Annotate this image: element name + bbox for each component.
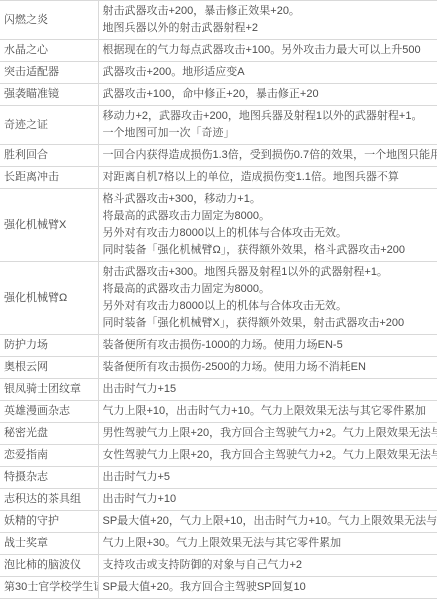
part-name: 突击适配器 bbox=[4, 64, 94, 81]
part-effect-cell: 射击武器攻击+300。地图兵器及射程1以外的武器射程+1。将最高的武器攻击力固定… bbox=[98, 262, 437, 335]
part-effect-cell: 出击时气力+5 bbox=[98, 467, 437, 489]
part-name: 特摄杂志 bbox=[4, 469, 94, 486]
effect-line: 格斗武器攻击+300，移动力+1。 bbox=[103, 191, 434, 208]
effect-line: 气力上限+10，出击时气力+10。气力上限效果无法与其它零件累加 bbox=[103, 403, 434, 420]
effect-line: 同时装备「强化机械臂X」，获得额外效果，射击武器攻击+200 bbox=[103, 315, 434, 332]
effect-line: 武器攻击+100，命中修正+20，暴击修正+20 bbox=[103, 86, 434, 103]
part-name: 泡比柿的脑波仪 bbox=[4, 557, 94, 574]
part-effect-cell: 武器攻击+200。地形适应变A bbox=[98, 62, 437, 84]
effect-line: 同时装备「强化机械臂Ω」，获得额外效果，格斗武器攻击+200 bbox=[103, 242, 434, 259]
effect-line: 气力上限+30。气力上限效果无法与其它零件累加 bbox=[103, 535, 434, 552]
table-row: 强化机械臂X 格斗武器攻击+300，移动力+1。将最高的武器攻击力固定为8000… bbox=[0, 189, 437, 262]
effect-line: 射击武器攻击+200，暴击修正效果+20。 bbox=[103, 3, 434, 20]
part-name: 秘密光盘 bbox=[4, 425, 94, 442]
part-effect-cell: 装备便所有攻击损伤-2500的力场。使用力场不消耗EN bbox=[98, 357, 437, 379]
table-row: 银凤骑士团纹章 出击时气力+15 bbox=[0, 379, 437, 401]
part-name-cell: 强化机械臂Ω bbox=[0, 262, 98, 335]
part-name-cell: 第30士官学校学生证 bbox=[0, 577, 98, 599]
table-row: 突击适配器 武器攻击+200。地形适应变A bbox=[0, 62, 437, 84]
part-name-cell: 英雄漫画杂志 bbox=[0, 401, 98, 423]
table-row: 特摄杂志 出击时气力+5 bbox=[0, 467, 437, 489]
effect-line: 出击时气力+10 bbox=[103, 491, 434, 508]
table-row: 泡比柿的脑波仪 支持攻击或支持防御的对象与自己气力+2 bbox=[0, 555, 437, 577]
part-effect-cell: 男性驾驶气力上限+20，我方回合主驾驶气力+2。气力上限效果无法与其它零件累加 bbox=[98, 423, 437, 445]
part-name-cell: 银凤骑士团纹章 bbox=[0, 379, 98, 401]
part-name: 妖精的守护 bbox=[4, 513, 94, 530]
part-name: 强化机械臂X bbox=[4, 217, 94, 234]
table-row: 志积达的茶具组 出击时气力+10 bbox=[0, 489, 437, 511]
parts-table-page: 闪燃之炎 射击武器攻击+200，暴击修正效果+20。地图兵器以外的射击武器射程+… bbox=[0, 0, 437, 599]
part-name: 英雄漫画杂志 bbox=[4, 403, 94, 420]
table-row: 强化机械臂Ω 射击武器攻击+300。地图兵器及射程1以外的武器射程+1。将最高的… bbox=[0, 262, 437, 335]
part-name-cell: 突击适配器 bbox=[0, 62, 98, 84]
effect-line: 将最高的武器攻击力固定为8000。 bbox=[103, 281, 434, 298]
effect-line: 装备便所有攻击损伤-2500的力场。使用力场不消耗EN bbox=[103, 359, 434, 376]
table-row: 妖精的守护 SP最大值+20，气力上限+10，出击时气力+10。气力上限效果无法… bbox=[0, 511, 437, 533]
table-row: 恋爱指南 女性驾驶气力上限+20，我方回合主驾驶气力+2。气力上限效果无法与其它… bbox=[0, 445, 437, 467]
part-name-cell: 奥根云网 bbox=[0, 357, 98, 379]
part-name: 第30士官学校学生证 bbox=[4, 579, 94, 596]
part-effect-cell: 支持攻击或支持防御的对象与自己气力+2 bbox=[98, 555, 437, 577]
part-name: 奇迹之证 bbox=[4, 117, 94, 134]
table-row: 英雄漫画杂志 气力上限+10，出击时气力+10。气力上限效果无法与其它零件累加 bbox=[0, 401, 437, 423]
part-effect-cell: SP最大值+20。我方回合主驾驶SP回复10 bbox=[98, 577, 437, 599]
table-row: 水晶之心 根据现在的气力每点武器攻击+100。另外攻击力最大可以上升500 bbox=[0, 40, 437, 62]
table-row: 奇迹之证 移动力+2，武器攻击+200，地图兵器及射程1以外的武器射程+1。一个… bbox=[0, 106, 437, 145]
part-name: 防护力场 bbox=[4, 337, 94, 354]
effect-line: 根据现在的气力每点武器攻击+100。另外攻击力最大可以上升500 bbox=[103, 42, 434, 59]
effect-line: 一回合内获得造成损伤1.3倍，受到损伤0.7倍的效果，一个地图只能用一次 bbox=[103, 147, 434, 164]
part-name: 水晶之心 bbox=[4, 42, 94, 59]
part-name-cell: 恋爱指南 bbox=[0, 445, 98, 467]
effect-line: 男性驾驶气力上限+20，我方回合主驾驶气力+2。气力上限效果无法与其它零件累加 bbox=[103, 425, 434, 442]
parts-table-body: 闪燃之炎 射击武器攻击+200，暴击修正效果+20。地图兵器以外的射击武器射程+… bbox=[0, 1, 437, 599]
part-name-cell: 志积达的茶具组 bbox=[0, 489, 98, 511]
part-name-cell: 防护力场 bbox=[0, 335, 98, 357]
table-row: 胜利回合 一回合内获得造成损伤1.3倍，受到损伤0.7倍的效果，一个地图只能用一… bbox=[0, 145, 437, 167]
part-name-cell: 秘密光盘 bbox=[0, 423, 98, 445]
part-name: 战士奖章 bbox=[4, 535, 94, 552]
part-name-cell: 胜利回合 bbox=[0, 145, 98, 167]
part-effect-cell: 格斗武器攻击+300，移动力+1。将最高的武器攻击力固定为8000。另外对有攻击… bbox=[98, 189, 437, 262]
part-name-cell: 水晶之心 bbox=[0, 40, 98, 62]
effect-line: 对距离自机7格以上的单位，造成损伤变1.1倍。地图兵器不算 bbox=[103, 169, 434, 186]
effect-line: 支持攻击或支持防御的对象与自己气力+2 bbox=[103, 557, 434, 574]
part-effect-cell: 一回合内获得造成损伤1.3倍，受到损伤0.7倍的效果，一个地图只能用一次 bbox=[98, 145, 437, 167]
part-name: 志积达的茶具组 bbox=[4, 491, 94, 508]
part-effect-cell: 出击时气力+10 bbox=[98, 489, 437, 511]
part-effect-cell: 对距离自机7格以上的单位，造成损伤变1.1倍。地图兵器不算 bbox=[98, 167, 437, 189]
part-effect-cell: 移动力+2，武器攻击+200，地图兵器及射程1以外的武器射程+1。一个地图可加一… bbox=[98, 106, 437, 145]
effect-line: 另外对有攻击力8000以上的机体与合体攻击无效。 bbox=[103, 225, 434, 242]
part-name: 恋爱指南 bbox=[4, 447, 94, 464]
part-effect-cell: 气力上限+10，出击时气力+10。气力上限效果无法与其它零件累加 bbox=[98, 401, 437, 423]
table-row: 防护力场 装备便所有攻击损伤-1000的力场。使用力场EN-5 bbox=[0, 335, 437, 357]
effect-line: 装备便所有攻击损伤-1000的力场。使用力场EN-5 bbox=[103, 337, 434, 354]
part-name: 强袭瞄准镜 bbox=[4, 86, 94, 103]
part-name-cell: 战士奖章 bbox=[0, 533, 98, 555]
part-name-cell: 长距离冲击 bbox=[0, 167, 98, 189]
effect-line: 射击武器攻击+300。地图兵器及射程1以外的武器射程+1。 bbox=[103, 264, 434, 281]
table-row: 战士奖章 气力上限+30。气力上限效果无法与其它零件累加 bbox=[0, 533, 437, 555]
part-effect-cell: SP最大值+20，气力上限+10，出击时气力+10。气力上限效果无法与其它零件累… bbox=[98, 511, 437, 533]
effect-line: 将最高的武器攻击力固定为8000。 bbox=[103, 208, 434, 225]
part-effect-cell: 出击时气力+15 bbox=[98, 379, 437, 401]
part-name: 胜利回合 bbox=[4, 147, 94, 164]
effect-line: SP最大值+20，气力上限+10，出击时气力+10。气力上限效果无法与其它零件累… bbox=[103, 513, 434, 530]
effect-line: 移动力+2，武器攻击+200，地图兵器及射程1以外的武器射程+1。 bbox=[103, 108, 434, 125]
table-row: 强袭瞄准镜 武器攻击+100，命中修正+20，暴击修正+20 bbox=[0, 84, 437, 106]
part-name-cell: 妖精的守护 bbox=[0, 511, 98, 533]
effect-line: 一个地图可加一次「奇迹」 bbox=[103, 125, 434, 142]
part-name: 长距离冲击 bbox=[4, 169, 94, 186]
effect-line: 出击时气力+5 bbox=[103, 469, 434, 486]
part-effect-cell: 射击武器攻击+200，暴击修正效果+20。地图兵器以外的射击武器射程+2 bbox=[98, 1, 437, 40]
table-row: 奥根云网 装备便所有攻击损伤-2500的力场。使用力场不消耗EN bbox=[0, 357, 437, 379]
part-effect-cell: 武器攻击+100，命中修正+20，暴击修正+20 bbox=[98, 84, 437, 106]
effect-line: 另外对有攻击力8000以上的机体与合体攻击无效。 bbox=[103, 298, 434, 315]
part-name-cell: 奇迹之证 bbox=[0, 106, 98, 145]
table-row: 第30士官学校学生证 SP最大值+20。我方回合主驾驶SP回复10 bbox=[0, 577, 437, 599]
part-name: 闪燃之炎 bbox=[4, 12, 94, 29]
part-name-cell: 强化机械臂X bbox=[0, 189, 98, 262]
part-name: 银凤骑士团纹章 bbox=[4, 381, 94, 398]
part-name: 强化机械臂Ω bbox=[4, 290, 94, 307]
effect-line: 出击时气力+15 bbox=[103, 381, 434, 398]
part-name-cell: 强袭瞄准镜 bbox=[0, 84, 98, 106]
part-name-cell: 闪燃之炎 bbox=[0, 1, 98, 40]
table-row: 长距离冲击 对距离自机7格以上的单位，造成损伤变1.1倍。地图兵器不算 bbox=[0, 167, 437, 189]
effect-line: 武器攻击+200。地形适应变A bbox=[103, 64, 434, 81]
table-row: 秘密光盘 男性驾驶气力上限+20，我方回合主驾驶气力+2。气力上限效果无法与其它… bbox=[0, 423, 437, 445]
part-effect-cell: 装备便所有攻击损伤-1000的力场。使用力场EN-5 bbox=[98, 335, 437, 357]
part-name-cell: 泡比柿的脑波仪 bbox=[0, 555, 98, 577]
table-row: 闪燃之炎 射击武器攻击+200，暴击修正效果+20。地图兵器以外的射击武器射程+… bbox=[0, 1, 437, 40]
part-effect-cell: 女性驾驶气力上限+20，我方回合主驾驶气力+2。气力上限效果无法与其它零件累加 bbox=[98, 445, 437, 467]
part-name: 奥根云网 bbox=[4, 359, 94, 376]
effect-line: SP最大值+20。我方回合主驾驶SP回复10 bbox=[103, 579, 434, 596]
parts-table: 闪燃之炎 射击武器攻击+200，暴击修正效果+20。地图兵器以外的射击武器射程+… bbox=[0, 0, 437, 599]
effect-line: 女性驾驶气力上限+20，我方回合主驾驶气力+2。气力上限效果无法与其它零件累加 bbox=[103, 447, 434, 464]
part-effect-cell: 根据现在的气力每点武器攻击+100。另外攻击力最大可以上升500 bbox=[98, 40, 437, 62]
part-effect-cell: 气力上限+30。气力上限效果无法与其它零件累加 bbox=[98, 533, 437, 555]
effect-line: 地图兵器以外的射击武器射程+2 bbox=[103, 20, 434, 37]
part-name-cell: 特摄杂志 bbox=[0, 467, 98, 489]
